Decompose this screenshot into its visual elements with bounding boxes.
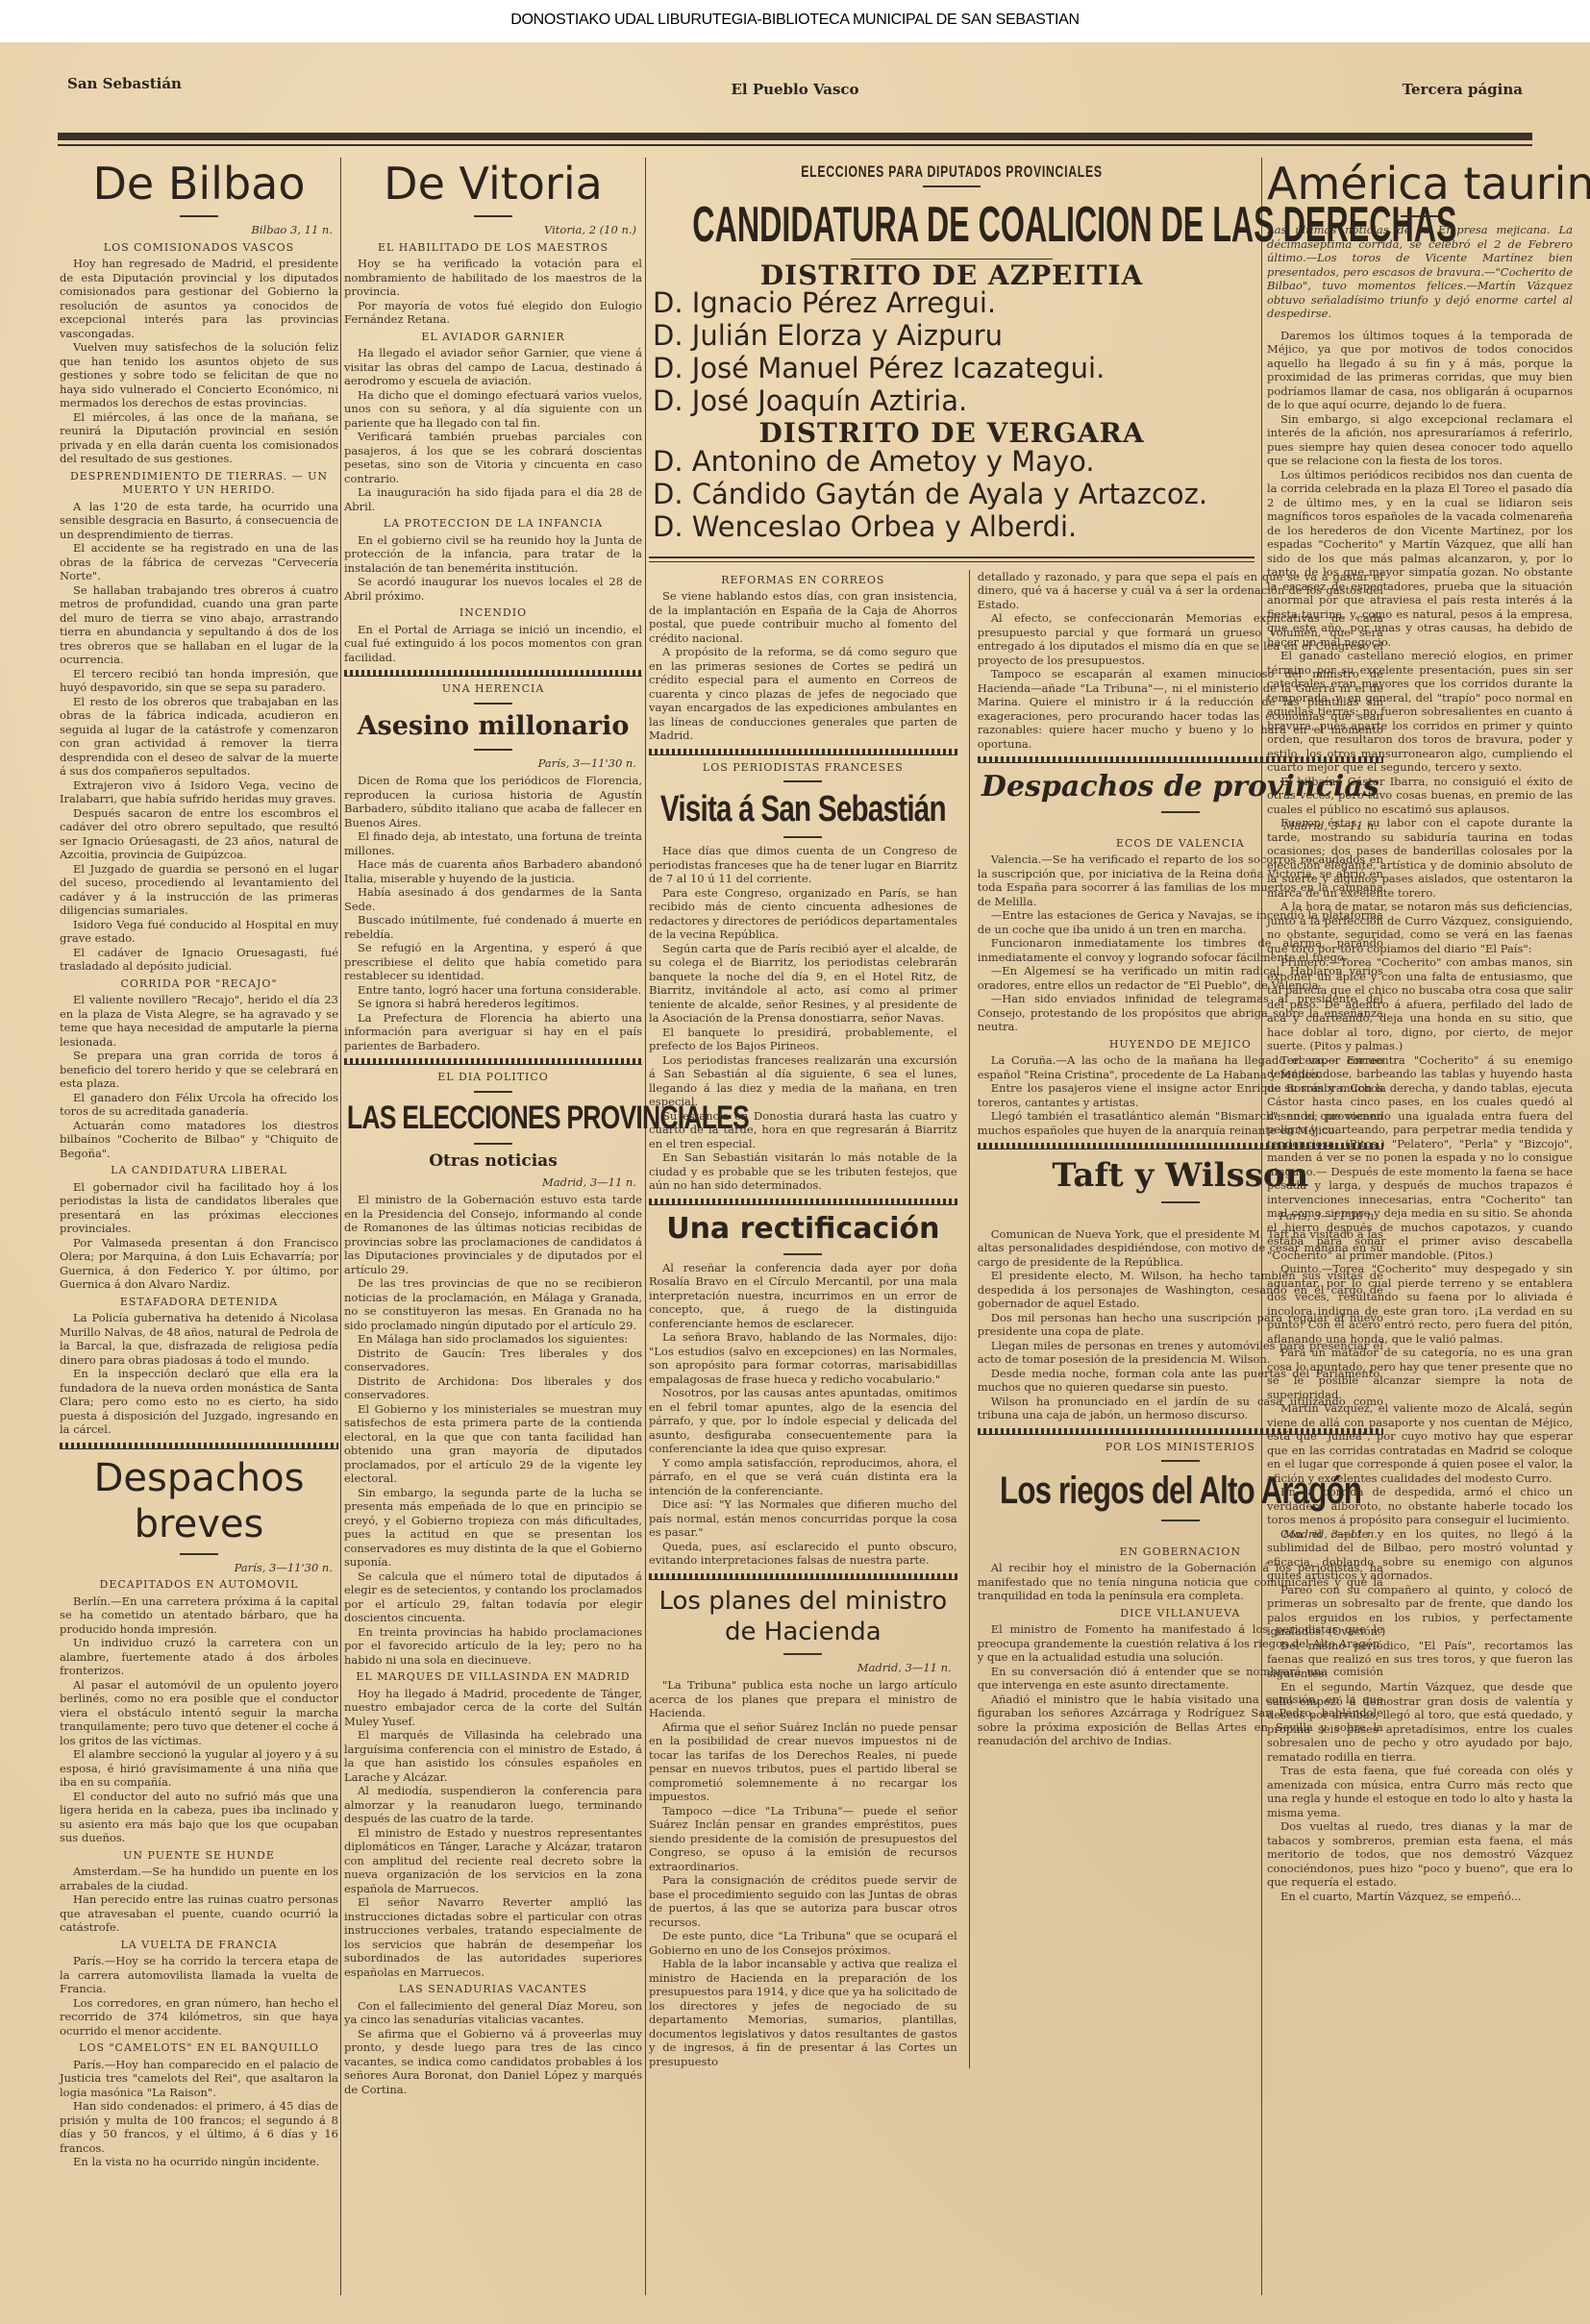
section-head: CORRIDA POR "RECAJO"	[60, 977, 338, 992]
paragraph: El tercero recibió tan honda impresión, …	[60, 667, 338, 695]
newspaper-page: San Sebastián El Pueblo Vasco Tercera pá…	[0, 42, 1590, 2324]
article-una-rectificacion: Una rectificación Al reseñar la conferen…	[649, 1211, 957, 1568]
paragraph: Vuelven muy satisfechos de la solución f…	[60, 340, 338, 410]
headline: Despachos breves	[60, 1455, 338, 1547]
paragraph: Han sido condenados: el primero, á 45 dí…	[60, 2099, 338, 2155]
headline: LAS ELECCIONES PROVINCIALES	[347, 1099, 639, 1137]
headline: De Vitoria	[344, 158, 642, 210]
paragraph: En la inspección declaró que ella era la…	[60, 1367, 338, 1437]
paragraph: Martín Vázquez, el valiente mozo de Alca…	[1267, 1401, 1573, 1485]
section: EL HABILITADO DE LOS MAESTROSHoy se ha v…	[344, 241, 642, 327]
paragraph: Nosotros, por las causas antes apuntadas…	[649, 1386, 957, 1456]
paragraph: El Juzgado de guardia se personó en el l…	[60, 862, 338, 918]
section-head: EL AVIADOR GARNIER	[344, 331, 642, 345]
kicker: LOS PERIODISTAS FRANCESES	[649, 761, 957, 776]
district-heading: DISTRITO DE AZPEITIA	[649, 269, 1255, 284]
wavy-divider	[60, 1443, 338, 1449]
wavy-divider	[649, 1199, 957, 1205]
paragraph: "La Tribuna" publica esta noche un largo…	[649, 1678, 957, 1720]
section: DECAPITADOS EN AUTOMOVILBerlín.—En una c…	[60, 1578, 338, 1845]
divider	[474, 1143, 512, 1145]
paragraph: En la vista no ha ocurrido ningún incide…	[60, 2155, 338, 2169]
divider	[180, 215, 218, 217]
section-head: LA CANDIDATURA LIBERAL	[60, 1164, 338, 1178]
section-head: DESPRENDIMIENTO DE TIERRAS. — UN MUERTO …	[60, 470, 338, 498]
article-despachos-breves: Despachos breves París, 3—11'30 n. DECAP…	[60, 1455, 338, 2169]
paragraph: La señora Bravo, hablando de las Normale…	[649, 1330, 957, 1386]
wavy-divider	[649, 749, 957, 755]
paragraph: El miércoles, á las once de la mañana, s…	[60, 410, 338, 466]
kicker: UNA HERENCIA	[344, 682, 642, 697]
divider	[783, 1653, 822, 1655]
paragraph: En Málaga han sido proclamados los sigui…	[344, 1332, 642, 1347]
paragraph: El ganado castellano mereció elogios, en…	[1267, 649, 1573, 775]
section: LAS SENADURIAS VACANTESCon el fallecimie…	[344, 1983, 642, 2096]
paragraph: Los corredores, en gran número, han hech…	[60, 1996, 338, 2039]
subcolumn-left: REFORMAS EN CORREOS Se viene hablando es…	[649, 570, 957, 2069]
paragraph: A las 1'20 de esta tarde, ha ocurrido un…	[60, 500, 338, 542]
paragraph: El conductor del auto no sufrió más que …	[60, 1790, 338, 1845]
divider	[474, 703, 512, 705]
article-america-taurina: América taurina Las últimas noticias de …	[1267, 158, 1573, 1903]
paragraph: El resto de los obreros que trabajaban e…	[60, 695, 338, 779]
column-4: América taurina Las últimas noticias de …	[1267, 158, 1573, 2305]
divider	[1401, 215, 1439, 217]
paragraph: Habla de la labor incansable y activa qu…	[649, 1957, 957, 2068]
paragraph: El banquete lo presidirá, probablemente,…	[649, 1026, 957, 1053]
paragraph: Se prepara una gran corrida de toros á b…	[60, 1049, 338, 1091]
paragraph: Hoy se ha verificado la votación para el…	[344, 257, 642, 299]
divider	[1161, 1201, 1200, 1203]
article-reformas-correos: REFORMAS EN CORREOS Se viene hablando es…	[649, 574, 957, 743]
paragraph: Por Valmaseda presentan á don Francisco …	[60, 1236, 338, 1292]
paragraph: Sin embargo, si algo excepcional reclama…	[1267, 412, 1573, 468]
headline: Visita á San Sebastián	[660, 788, 946, 830]
district-heading: DISTRITO DE VERGARA	[649, 427, 1255, 441]
paragraph: El Gobierno y los ministeriales se muest…	[344, 1402, 642, 1486]
paragraph: Distrito de Archidona: Dos liberales y d…	[344, 1374, 642, 1402]
article-planes-hacienda: Los planes del ministro de Hacienda Madr…	[649, 1586, 957, 2069]
paragraph: Los periodistas franceses realizarán una…	[649, 1053, 957, 1109]
paragraph: Sin embargo, la segunda parte de la luch…	[344, 1486, 642, 1570]
paragraph: Distrito de Gaucín: Tres liberales y dos…	[344, 1347, 642, 1374]
paragraph: El finado deja, ab intestato, una fortun…	[344, 829, 642, 857]
paragraph: Tras de esta faena, que fué coreada con …	[1267, 1764, 1573, 1819]
paragraphs: El ministro de la Gobernación estuvo est…	[344, 1193, 642, 1667]
paragraph: En el Portal de Arriaga se inició un inc…	[344, 623, 642, 665]
paragraph: Ha llegado el aviador señor Garnier, que…	[344, 346, 642, 388]
paragraph: A propósito de la reforma, se dá como se…	[649, 645, 957, 743]
paragraph: Había asesinado á dos gendarmes de la Sa…	[344, 885, 642, 913]
section: LOS COMISIONADOS VASCOSHoy han regresado…	[60, 241, 338, 466]
section: EL MARQUES DE VILLASINDA EN MADRIDHoy ha…	[344, 1670, 642, 1979]
paragraph: Se acordó inaugurar los nuevos locales e…	[344, 575, 642, 603]
divider	[1161, 1460, 1200, 1462]
headline: América taurina	[1267, 158, 1573, 210]
double-rule	[649, 556, 1255, 562]
paragraph: Hace días que dimos cuenta de un Congres…	[649, 844, 957, 886]
paragraph: Del mismo periódico, "El País", recortam…	[1267, 1639, 1573, 1681]
paragraph: El cadáver de Ignacio Oruesagasti, fué t…	[60, 946, 338, 974]
paragraph: La inauguración ha sido fijada para el d…	[344, 485, 642, 513]
paragraph: En el cuarto, Martín Vázquez, se empeñó.…	[1267, 1890, 1573, 1904]
paragraph: Hoy han regresado de Madrid, el presiden…	[60, 257, 338, 340]
paragraphs: Al reseñar la conferencia dada ayer por …	[649, 1261, 957, 1568]
section-head: LOS COMISIONADOS VASCOS	[60, 241, 338, 256]
masthead-rule-thin	[58, 144, 1532, 146]
wavy-divider	[344, 670, 642, 677]
paragraph: Al reseñar la conferencia dada ayer por …	[649, 1261, 957, 1331]
paragraph: El alambre seccionó la yugular al joyero…	[60, 1747, 338, 1790]
paragraph: En treinta provincias ha habido proclama…	[344, 1625, 642, 1668]
wavy-divider	[649, 1573, 957, 1580]
candidate-name: D. Antonino de Ametoy y Mayo.	[649, 445, 1255, 478]
column-1: De Bilbao Bilbao 3, 11 n. LOS COMISIONAD…	[60, 158, 338, 2305]
headline: De Bilbao	[60, 158, 338, 210]
headline: CANDIDATURA DE COALICION DE LAS DERECHAS	[692, 197, 1210, 253]
masthead-page: Tercera página	[1403, 81, 1523, 98]
section-head: ESTAFADORA DETENIDA	[60, 1296, 338, 1310]
paragraph: Berlín.—En una carretera próxima á la ca…	[60, 1595, 338, 1637]
column-divider	[340, 158, 341, 2295]
paragraph: Después sacaron de entre los escombros e…	[60, 806, 338, 862]
paragraph: El marqués de Villasinda ha celebrado un…	[344, 1728, 642, 1784]
paragraph: Se afirma que el Gobierno vá á proveerla…	[344, 2027, 642, 2097]
paragraph: Daremos los últimos toques á la temporad…	[1267, 329, 1573, 412]
paragraph: En San Sebastián visitarán lo más notabl…	[649, 1150, 957, 1193]
dateline: París, 3—11'30 n.	[65, 1561, 333, 1575]
paragraph: El accidente se ha registrado en una de …	[60, 541, 338, 583]
paragraph: Tercero.— Encuentra "Cocherito" á su ene…	[1267, 1053, 1573, 1263]
article-asesino-millonario: UNA HERENCIA Asesino millonario París, 3…	[344, 682, 642, 1052]
paragraphs: "La Tribuna" publica esta noche un largo…	[649, 1678, 957, 2068]
paragraph: Amsterdam.—Se ha hundido un puente en lo…	[60, 1865, 338, 1892]
paragraph: Para un matador de su categoría, no es u…	[1267, 1346, 1573, 1401]
column-2: De Vitoria Vitoria, 2 (10 n.) EL HABILIT…	[344, 158, 642, 2305]
paragraph: Extrajeron vivo á Isidoro Vega, vecino d…	[60, 779, 338, 806]
dateline: Madrid, 3—11 n.	[350, 1175, 636, 1190]
paragraph: París.—Hoy se ha corrido la tercera etap…	[60, 1954, 338, 1996]
section-head: DECAPITADOS EN AUTOMOVIL	[60, 1578, 338, 1593]
section-head: EL MARQUES DE VILLASINDA EN MADRID	[344, 1670, 642, 1685]
divider	[783, 1253, 822, 1255]
section: LA VUELTA DE FRANCIAParís.—Hoy se ha cor…	[60, 1939, 338, 2039]
section: CORRIDA POR "RECAJO"El valiente noviller…	[60, 977, 338, 1161]
paragraph: El bilbaíno Cástor Ibarra, no consiguió …	[1267, 775, 1573, 817]
section-head: LOS "CAMELOTS" EN EL BANQUILLO	[60, 2041, 338, 2056]
paragraph: Ha dicho que el domingo efectuará varios…	[344, 388, 642, 431]
paragraph: La Prefectura de Florencia ha abierto un…	[344, 1011, 642, 1053]
paragraph: Los últimos periódicos recibidos nos dan…	[1267, 468, 1573, 650]
candidate-name: D. Cándido Gaytán de Ayala y Artazcoz.	[649, 478, 1255, 510]
section-head: LA PROTECCION DE LA INFANCIA	[344, 517, 642, 532]
section: EL AVIADOR GARNIERHa llegado el aviador …	[344, 331, 642, 514]
headline: Una rectificación	[649, 1211, 957, 1248]
divider	[474, 215, 512, 217]
archive-banner: DONOSTIAKO UDAL LIBURUTEGIA-BIBLIOTECA M…	[0, 0, 1590, 40]
paragraph: En el segundo, Martín Vázquez, que desde…	[1267, 1680, 1573, 1764]
paragraph: A la hora de matar, se notaron más sus d…	[1267, 900, 1573, 955]
paragraph: Tampoco —dice "La Tribuna"— puede el señ…	[649, 1804, 957, 1874]
candidate-name: D. José Joaquín Aztiria.	[649, 384, 1255, 417]
paragraph: Se refugió en la Argentina, y esperó á q…	[344, 941, 642, 983]
sections: DECAPITADOS EN AUTOMOVILBerlín.—En una c…	[60, 1578, 338, 2169]
divider	[474, 1091, 512, 1093]
paragraph: Se ignora si habrá herederos legítimos.	[344, 997, 642, 1011]
paragraph: Fueron éstas, su labor con el capote dur…	[1267, 816, 1573, 900]
paragraph: Con el capote y en los quites, no llegó …	[1267, 1527, 1573, 1583]
paragraphs: Daremos los últimos toques á la temporad…	[1267, 329, 1573, 1904]
paragraph: El ministro de Estado y nuestros represe…	[344, 1826, 642, 1896]
paragraph: Pareó con su compañero al quinto, y colo…	[1267, 1583, 1573, 1639]
paragraph: Dicen de Roma que los periódicos de Flor…	[344, 774, 642, 829]
sections: EL MARQUES DE VILLASINDA EN MADRIDHoy ha…	[344, 1670, 642, 2096]
summary: Las últimas noticias de la Empresa mejic…	[1267, 223, 1573, 321]
article-vitoria: De Vitoria Vitoria, 2 (10 n.) EL HABILIT…	[344, 158, 642, 664]
paragraph: Afirma que el señor Suárez Inclán no pue…	[649, 1720, 957, 1804]
paragraph: Dice así: "Y las Normales que difieren m…	[649, 1497, 957, 1540]
masthead-title: El Pueblo Vasco	[67, 81, 1523, 98]
paragraph: El valiente novillero "Recajo", herido e…	[60, 993, 338, 1049]
paragraph: Hace más de cuarenta años Barbadero aban…	[344, 857, 642, 885]
paragraph: Dos vueltas al ruedo, tres dianas y la m…	[1267, 1819, 1573, 1890]
column-divider	[645, 158, 646, 2295]
paragraph: Se hallaban trabajando tres obreros á cu…	[60, 583, 338, 667]
kicker: ELECCIONES PARA DIPUTADOS PROVINCIALES	[733, 165, 1170, 180]
paragraph: Actuarán como matadores los diestros bil…	[60, 1119, 338, 1161]
paragraph: En el gobierno civil se ha reunido hoy l…	[344, 533, 642, 576]
section-head: LAS SENADURIAS VACANTES	[344, 1983, 642, 1997]
kicker: EL DIA POLITICO	[344, 1071, 642, 1085]
paragraphs: Dicen de Roma que los periódicos de Flor…	[344, 774, 642, 1052]
paragraph: Y como ampla satisfacción, reproducimos,…	[649, 1456, 957, 1498]
paragraph: Han perecido entre las ruinas cuatro per…	[60, 1892, 338, 1935]
paragraph: El señor Navarro Reverter amplió las ins…	[344, 1895, 642, 1979]
paragraph: Se viene hablando estos días, con gran i…	[649, 589, 957, 645]
paragraph: Queda, pues, así esclarecido el punto ob…	[649, 1540, 957, 1568]
dateline: París, 3—11'30 n.	[350, 756, 636, 771]
paragraph: Al mediodía, suspendieron la conferencia…	[344, 1784, 642, 1826]
paragraph: Buscado inútilmente, fué condenado á mue…	[344, 913, 642, 941]
section: UN PUENTE SE HUNDEAmsterdam.—Se ha hundi…	[60, 1849, 338, 1935]
section-head: INCENDIO	[344, 606, 642, 621]
paragraph: Al pasar el automóvil de un opulento joy…	[60, 1678, 338, 1748]
divider	[1161, 1520, 1200, 1521]
section-head: EL HABILITADO DE LOS MAESTROS	[344, 241, 642, 256]
paragraph: Su estancia en Donostia durará hasta las…	[649, 1109, 957, 1151]
article-visita-san-sebastian: LOS PERIODISTAS FRANCESES Visita á San S…	[649, 761, 957, 1193]
paragraph: Entre tanto, logró hacer una fortuna con…	[344, 983, 642, 998]
district-list: DISTRITO DE AZPEITIAD. Ignacio Pérez Arr…	[649, 269, 1255, 543]
masthead: San Sebastián El Pueblo Vasco Tercera pá…	[67, 69, 1523, 102]
paragraph: La Policía gubernativa ha detenido á Nic…	[60, 1311, 338, 1367]
subheadline: Otras noticias	[344, 1150, 642, 1172]
divider	[783, 780, 822, 782]
paragraph: Primero.—Torea "Cocherito" con ambas man…	[1267, 955, 1573, 1053]
paragraph: De las tres provincias de que no se reci…	[344, 1276, 642, 1332]
paragraph: Se calcula que el número total de diputa…	[344, 1570, 642, 1625]
sections: LOS COMISIONADOS VASCOSHoy han regresado…	[60, 241, 338, 1437]
section-head: UN PUENTE SE HUNDE	[60, 1849, 338, 1864]
subcolumns: REFORMAS EN CORREOS Se viene hablando es…	[649, 570, 1255, 2069]
paragraph: Para este Congreso, organizado en París,…	[649, 886, 957, 942]
candidate-name: D. Ignacio Pérez Arregui.	[649, 286, 1255, 319]
masthead-rule	[58, 133, 1532, 140]
divider	[474, 749, 512, 751]
candidate-name: D. Wenceslao Orbea y Alberdi.	[649, 510, 1255, 543]
paragraph: París.—Hoy han comparecido en el palacio…	[60, 2058, 338, 2100]
headline: Asesino millonario	[344, 710, 642, 743]
section: LA CANDIDATURA LIBERALEl gobernador civi…	[60, 1164, 338, 1292]
divider	[180, 1553, 218, 1555]
divider	[783, 836, 822, 838]
paragraph: Con el fallecimiento del general Díaz Mo…	[344, 1999, 642, 2027]
paragraph: Isidoro Vega fué conducido al Hospital e…	[60, 918, 338, 946]
paragraph: Para la consignación de créditos puede s…	[649, 1873, 957, 1929]
article-bilbao: De Bilbao Bilbao 3, 11 n. LOS COMISIONAD…	[60, 158, 338, 1437]
candidate-name: D. José Manuel Pérez Icazategui.	[649, 352, 1255, 384]
candidatura-block: ELECCIONES PARA DIPUTADOS PROVINCIALES C…	[649, 165, 1255, 543]
paragraph: En la corrida de despedida, armó el chic…	[1267, 1485, 1573, 1527]
paragraph: El gobernador civil ha facilitado hoy á …	[60, 1180, 338, 1236]
paragraph: Hoy ha llegado á Madrid, procedente de T…	[344, 1687, 642, 1729]
dateline: Bilbao 3, 11 n.	[65, 223, 333, 237]
paragraph: El ganadero don Félix Urcola ha ofrecido…	[60, 1091, 338, 1119]
section: ESTAFADORA DETENIDALa Policía gubernativ…	[60, 1296, 338, 1437]
column-3: ELECCIONES PARA DIPUTADOS PROVINCIALES C…	[649, 158, 1255, 2305]
candidate-name: D. Julián Elorza y Aizpuru	[649, 319, 1255, 352]
article-elecciones-provinciales: EL DIA POLITICO LAS ELECCIONES PROVINCIA…	[344, 1071, 642, 2096]
paragraph: El ministro de la Gobernación estuvo est…	[344, 1193, 642, 1276]
paragraphs: Se viene hablando estos días, con gran i…	[649, 589, 957, 743]
paragraph: Un individuo cruzó la carretera con un a…	[60, 1636, 338, 1678]
paragraph: Quinto.—Torea "Cocherito" muy despegado …	[1267, 1262, 1573, 1346]
divider	[923, 185, 981, 187]
paragraphs: Hace días que dimos cuenta de un Congres…	[649, 844, 957, 1193]
section-head: LA VUELTA DE FRANCIA	[60, 1939, 338, 1953]
paragraph: De este punto, dice "La Tribuna" que se …	[649, 1929, 957, 1957]
section: INCENDIOEn el Portal de Arriaga se inici…	[344, 606, 642, 664]
section: LA PROTECCION DE LA INFANCIAEn el gobier…	[344, 517, 642, 603]
paragraph: Por mayoría de votos fué elegido don Eul…	[344, 299, 642, 327]
wavy-divider	[344, 1058, 642, 1065]
dateline: Madrid, 3—11 n.	[655, 1661, 952, 1675]
headline: Los planes del ministro de Hacienda	[649, 1586, 957, 1647]
section: LOS "CAMELOTS" EN EL BANQUILLOParís.—Hoy…	[60, 2041, 338, 2169]
section: DESPRENDIMIENTO DE TIERRAS. — UN MUERTO …	[60, 470, 338, 974]
divider	[1161, 811, 1200, 813]
dateline: Vitoria, 2 (10 n.)	[350, 223, 636, 237]
sections: EL HABILITADO DE LOS MAESTROSHoy se ha v…	[344, 241, 642, 665]
section-head: REFORMAS EN CORREOS	[649, 574, 957, 588]
paragraph: Verificará también pruebas parciales con…	[344, 430, 642, 485]
paragraph: Según carta que de París recibió ayer el…	[649, 942, 957, 1026]
